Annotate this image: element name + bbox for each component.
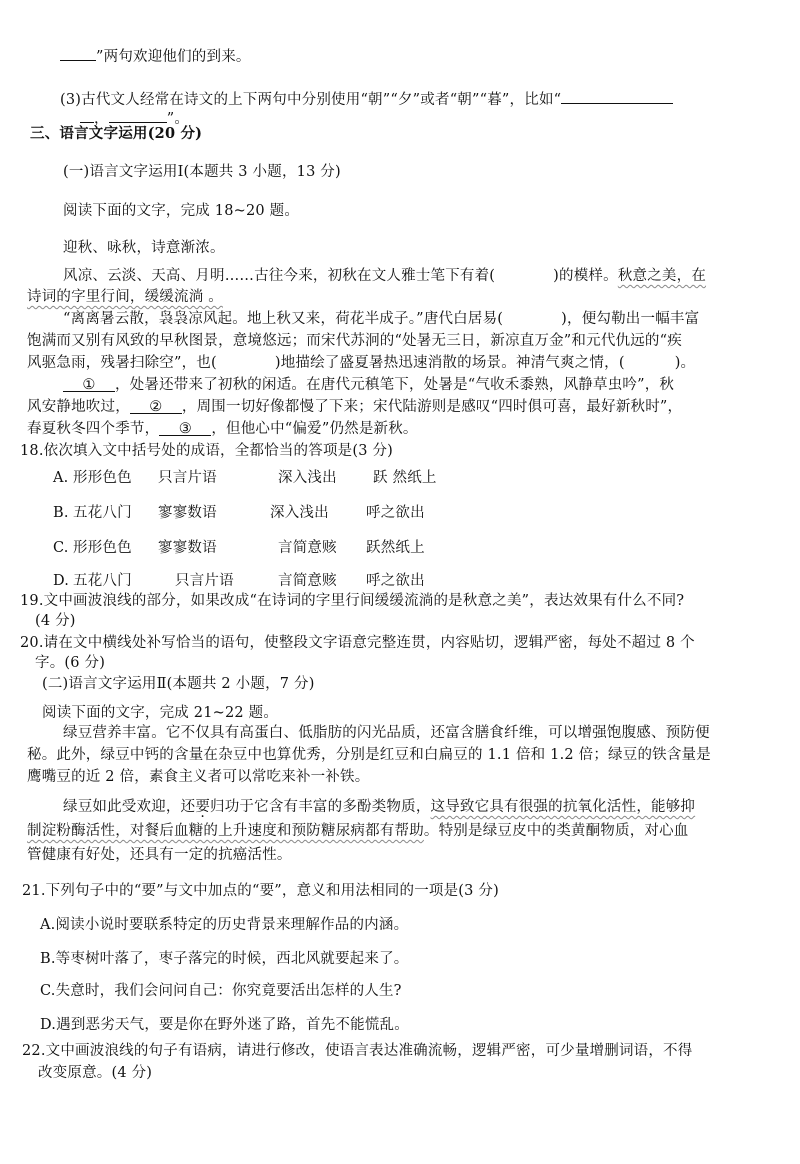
- word: 形形色色: [73, 468, 132, 488]
- q21-option-c[interactable]: C.失意时，我们会问问自己：你究竟要活出怎样的人生?: [40, 981, 402, 1001]
- text: 绿豆如此受欢迎，还: [63, 799, 195, 815]
- part2-para1-line1: 绿豆营养丰富。它不仅具有高蛋白、低脂肪的闪光品质，还富含膳食纤维，可以增强饱腹感…: [63, 723, 710, 743]
- para1-line2: 诗词的字里行间，缓缓流淌 。: [27, 287, 223, 307]
- q21-option-a[interactable]: A.阅读小说时要联系特定的历史背景来理解作品的内涵。: [40, 915, 408, 935]
- wavy-underlined-text: 秋意之美，在: [618, 268, 706, 284]
- text: “离离暑云散，袅袅凉风起。地上秋又来，荷花半成子。”唐代白居易(: [63, 311, 503, 327]
- q21-option-b[interactable]: B.等枣树叶落了，枣子落完的时候，西北风就要起来了。: [40, 949, 408, 969]
- para1-line1: 风凉、云淡、天高、月明……古往今来，初秋在文人雅士笔下有着()的模样。秋意之美，…: [63, 266, 706, 286]
- wavy-underlined-text: 这导致它具有很强的抗氧化活性，能够抑: [431, 799, 696, 815]
- para2-line1: “离离暑云散，袅袅凉风起。地上秋又来，荷花半成子。”唐代白居易()，便勾勒出一幅…: [63, 309, 699, 329]
- part2-para2-line2: 制淀粉酶活性，对餐后血糖的上升速度和预防糖尿病都有帮助。特别是绿豆皮中的类黄酮物…: [27, 821, 689, 841]
- text: )，便勾勒出一幅丰富: [561, 311, 699, 327]
- section-title: 三、语言文字运用(20 分): [30, 124, 202, 144]
- word: 寥寥数语: [158, 503, 217, 523]
- part2-title: (二)语言文字运用Ⅱ(本题共 2 小题，7 分): [42, 674, 315, 694]
- word: 只言片语: [158, 468, 217, 488]
- para2-line3: 风驱急雨，残暑扫除空”，也()地描绘了盛夏暑热迅速消散的场景。神清气爽之情，()…: [27, 353, 695, 373]
- prev-question-tail: ”两句欢迎他们的到来。: [60, 44, 251, 67]
- part1-title: (一)语言文字运用Ⅰ(本题共 3 小题，13 分): [63, 162, 341, 182]
- word: 呼之欲出: [366, 571, 425, 591]
- text: 。特别是绿豆皮中的类黄酮物质，对心血: [424, 823, 689, 839]
- emphasis-dot-char: 要: [195, 799, 210, 815]
- text: )的模样。: [553, 268, 618, 284]
- q22-line2: 改变原意。(4 分): [38, 1063, 152, 1083]
- word: 只言片语: [175, 571, 234, 591]
- part1-instruction: 阅读下面的文字，完成 18~20 题。: [63, 201, 299, 221]
- q18-option-b[interactable]: B.五花八门寥寥数语深入浅出呼之欲出: [53, 503, 69, 523]
- q18-option-c[interactable]: C.形形色色寥寥数语言简意赅跃然纸上: [53, 538, 69, 558]
- word: 呼之欲出: [366, 503, 425, 523]
- para3-line2: 风安静地吹过，②，周围一切好像都慢了下来；宋代陆游则是感叹“四时俱可喜，最好新秋…: [27, 397, 682, 417]
- q20-line2: 字。(6 分): [35, 653, 105, 673]
- text: 春夏秋冬四个季节，: [27, 421, 159, 437]
- para3-line3: 春夏秋冬四个季节，③，但他心中“偏爱”仍然是新秋。: [27, 419, 418, 439]
- part2-para2-line3: 管健康有好处，还具有一定的抗癌活性。: [27, 845, 292, 865]
- para3-line1: ①，处暑还带来了初秋的闲适。在唐代元稹笔下，处暑是“气收禾黍熟，风静草虫吟”，秋: [63, 375, 674, 395]
- word: 深入浅出: [278, 468, 337, 488]
- part2-para1-line3: 鹰嘴豆的近 2 倍，素食主义者可以常吃来补一补铁。: [27, 767, 369, 787]
- word: 跃 然纸上: [373, 468, 437, 488]
- answer-blank-1[interactable]: ①: [63, 375, 115, 392]
- text: 归功于它含有丰富的多酚类物质，: [210, 799, 431, 815]
- wavy-underlined-text: 制淀粉酶活性，对餐后血糖的上升速度和预防糖尿病都有帮助: [27, 823, 424, 839]
- text: ，处暑还带来了初秋的闲适。在唐代元稹笔下，处暑是“气收禾黍熟，风静草虫吟”，秋: [115, 377, 674, 393]
- option-label: B.: [53, 505, 69, 521]
- word: 五花八门: [73, 571, 132, 591]
- part2-instruction: 阅读下面的文字，完成 21~22 题。: [42, 703, 278, 723]
- part2-para1-line2: 秘。此外，绿豆中钙的含量在杂豆中也算优秀，分别是红豆和白扁豆的 1.1 倍和 1…: [27, 745, 711, 765]
- q18-option-a[interactable]: A.形形色色只言片语深入浅出跃 然纸上: [53, 468, 68, 488]
- q20-line1: 20.请在文中横线处补写恰当的语句，使整段文字语意完整连贯，内容贴切，逻辑严密，…: [20, 633, 695, 653]
- text: 风安静地吹过，: [27, 399, 130, 415]
- word: 五花八门: [73, 503, 132, 523]
- answer-blank-3[interactable]: ③: [159, 419, 211, 436]
- word: 寥寥数语: [158, 538, 217, 558]
- answer-blank[interactable]: [109, 106, 167, 123]
- passage-heading: 迎秋、咏秋，诗意渐浓。: [63, 238, 225, 258]
- q21-option-d[interactable]: D.遇到恶劣天气，要是你在野外迷了路，首先不能慌乱。: [40, 1015, 409, 1035]
- answer-blank[interactable]: [60, 44, 96, 61]
- text: ，但他心中“偏爱”仍然是新秋。: [211, 421, 417, 437]
- q19-line1: 19.文中画波浪线的部分，如果改成“在诗词的字里行间缓缓流淌的是秋意之美”，表达…: [20, 591, 684, 611]
- text: ”两句欢迎他们的到来。: [96, 49, 251, 65]
- text: )。: [675, 355, 696, 371]
- wavy-underlined-text: 诗词的字里行间，缓缓流淌 。: [27, 289, 223, 305]
- answer-blank[interactable]: [561, 87, 673, 104]
- answer-blank[interactable]: [80, 106, 94, 123]
- option-label: A.: [53, 470, 68, 486]
- text: 风凉、云淡、天高、月明……古往今来，初秋在文人雅士笔下有着(: [63, 268, 495, 284]
- q18-stem: 18.依次填入文中括号处的成语，全都恰当的答项是(3 分): [20, 441, 393, 461]
- text: 风驱急雨，残暑扫除空”，也(: [27, 355, 217, 371]
- option-label: C.: [53, 540, 69, 556]
- word: 跃然纸上: [366, 538, 425, 558]
- text: ，周围一切好像都慢了下来；宋代陆游则是感叹“四时俱可喜，最好新秋时”，: [182, 399, 682, 415]
- word: 深入浅出: [270, 503, 329, 523]
- option-label: D.: [53, 573, 69, 589]
- answer-blank-2[interactable]: ②: [130, 397, 182, 414]
- para2-line2: 饱满而又别有风致的早秋图景，意境悠远；而宋代苏泂的“处暑无三日，新凉直万金”和元…: [27, 331, 682, 351]
- part2-para2-line1: 绿豆如此受欢迎，还要归功于它含有丰富的多酚类物质，这导致它具有很强的抗氧化活性，…: [63, 797, 695, 817]
- word: 言简意赅: [278, 538, 337, 558]
- q21-stem: 21.下列句子中的“要”与文中加点的“要”，意义和用法相同的一项是(3 分): [22, 881, 499, 901]
- q18-option-d[interactable]: D.五花八门只言片语言简意赅呼之欲出: [53, 571, 69, 591]
- q22-line1: 22.文中画波浪线的句子有语病，请进行修改，使语言表达准确流畅，逻辑严密，可少量…: [22, 1041, 692, 1061]
- text: )地描绘了盛夏暑热迅速消散的场景。神清气爽之情，(: [275, 355, 625, 371]
- q19-line2: (4 分): [35, 611, 76, 631]
- word: 言简意赅: [278, 571, 337, 591]
- word: 形形色色: [73, 538, 132, 558]
